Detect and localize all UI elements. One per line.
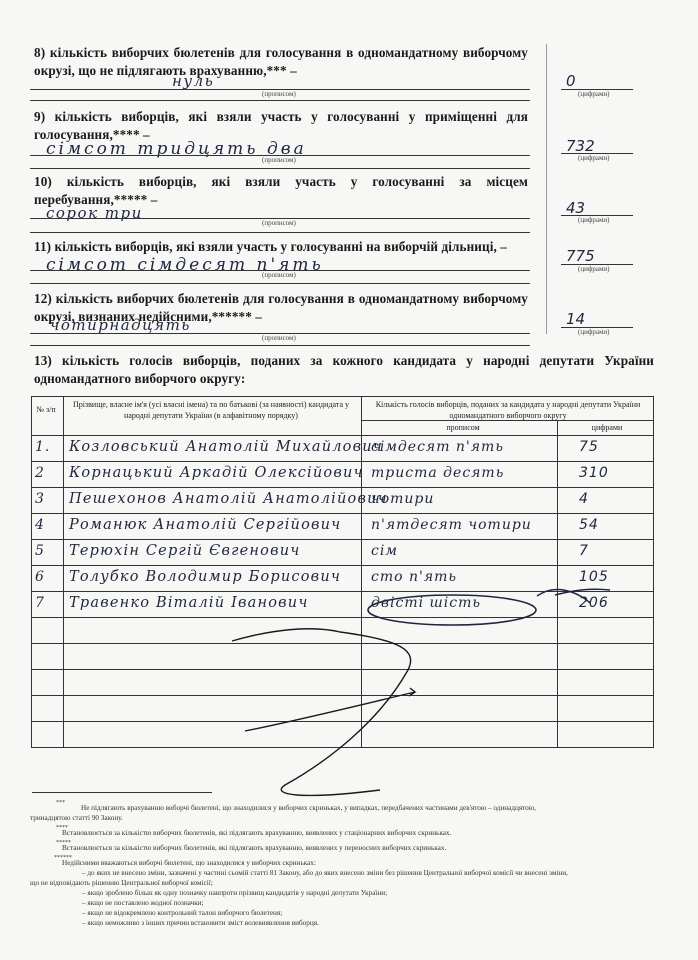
- footnote-5-text: Встановлюється за кількістю виборчих бюл…: [62, 843, 446, 854]
- z-strikeout: [232, 629, 411, 796]
- footnote-4-text: Встановлюється за кількістю виборчих бюл…: [62, 828, 451, 839]
- footnote-6-bullet: – якщо не відокремлено контрольний талон…: [82, 908, 282, 919]
- footnote-3-text: Не підлягають врахуванню виборчі бюлетен…: [81, 803, 536, 814]
- footnote-6-text: Недійсними вважаються виборчі бюлетені, …: [62, 858, 316, 869]
- footnote-6-bullet: що не відповідають рішенню Центральної в…: [30, 878, 213, 889]
- footnote-6-bullet: – якщо не поставлено жодної позначки;: [82, 898, 204, 909]
- footnote-6-bullet: – якщо зроблено більш як одну позначку н…: [82, 888, 387, 899]
- footnote-mark-3: ***: [56, 798, 65, 809]
- footnote-6-bullet: – якщо неможливо з інших причин встанови…: [82, 918, 319, 929]
- footnote-3-cont: тринадцятою статті 90 Закону.: [30, 813, 123, 824]
- protocol-page: 8) кількість виборчих бюлетенів для голо…: [0, 0, 698, 960]
- circle-mark: [368, 595, 536, 625]
- footnote-6-bullet: – до яких не внесено зміни, зазначені у …: [82, 868, 568, 879]
- footnote-rule: [32, 792, 212, 793]
